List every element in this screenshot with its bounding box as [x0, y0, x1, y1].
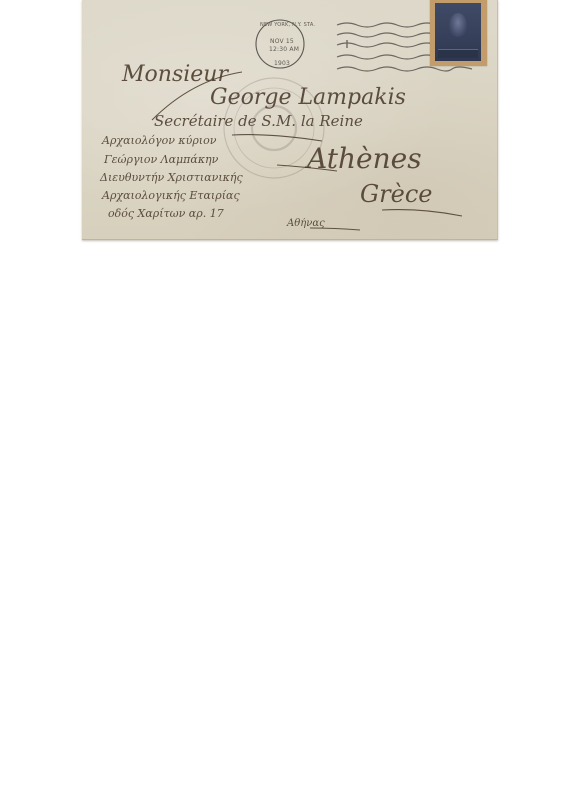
greek-note-line-1: Αρχαιολόγον κύριον: [102, 134, 216, 147]
greek-note-line-2: Γεώργιον Λαμπάκην: [104, 153, 218, 166]
address-country: Grèce: [360, 180, 433, 208]
postmark-city: NEW YORK, N.Y. STA.: [260, 22, 315, 28]
stamp-frame: [435, 3, 481, 61]
address-salutation: Monsieur: [122, 62, 228, 87]
postage-stamp: [430, 0, 487, 66]
postmark-date: NOV 15: [270, 38, 294, 45]
address-city: Athènes: [307, 142, 422, 175]
address-title: Secrétaire de S.M. la Reine: [154, 112, 363, 130]
page: NEW YORK, N.Y. STA. NOV 15 12:30 AM 1903…: [0, 0, 581, 800]
greek-note-line-5: οδός Χαρίτων αρ. 17: [108, 207, 224, 220]
envelope-scan: NEW YORK, N.Y. STA. NOV 15 12:30 AM 1903…: [82, 0, 498, 240]
greek-note-line-3: Διευθυντήν Χριστιανικής: [100, 171, 243, 184]
postmark-year: 1903: [274, 60, 290, 67]
greek-note-signature: Αθήνας: [287, 218, 325, 229]
stamp-value-label: [438, 49, 478, 58]
postmark-time: 12:30 AM: [269, 46, 299, 53]
address-name: George Lampakis: [210, 85, 406, 110]
greek-note-line-4: Αρχαιολογικής Εταιρίας: [102, 189, 240, 202]
portrait-icon: [449, 13, 467, 37]
